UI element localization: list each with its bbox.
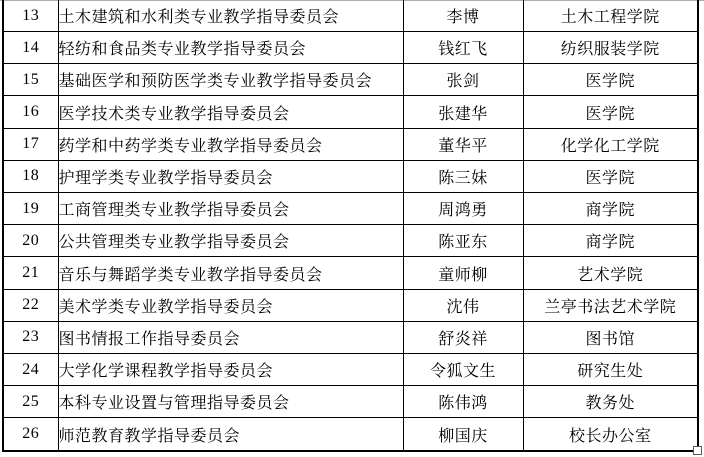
cell-row-number: 15 [3, 64, 58, 96]
cell-committee-name: 师范教育教学指导委员会 [58, 418, 403, 451]
cell-chair-name: 陈亚东 [403, 225, 523, 257]
cell-chair-name: 周鸿勇 [403, 193, 523, 225]
table-row: 23图书情报工作指导委员会舒炎祥图书馆 [3, 321, 698, 353]
cell-chair-name: 沈伟 [403, 289, 523, 321]
cell-chair-name: 张建华 [403, 96, 523, 128]
cell-chair-name: 李博 [403, 0, 523, 32]
cell-department: 校长办公室 [523, 418, 698, 451]
table-row: 20公共管理类专业教学指导委员会陈亚东商学院 [3, 225, 698, 257]
cell-chair-name: 钱红飞 [403, 32, 523, 64]
cell-row-number: 18 [3, 160, 58, 192]
cell-department: 纺织服装学院 [523, 32, 698, 64]
table-row: 14轻纺和食品类专业教学指导委员会钱红飞纺织服装学院 [3, 32, 698, 64]
cell-row-number: 23 [3, 321, 58, 353]
cell-committee-name: 医学技术类专业教学指导委员会 [58, 96, 403, 128]
cell-committee-name: 药学和中药学类专业教学指导委员会 [58, 128, 403, 160]
table-row: 25本科专业设置与管理指导委员会陈伟鸿教务处 [3, 386, 698, 418]
cell-department: 商学院 [523, 193, 698, 225]
table-row: 13土木建筑和水利类专业教学指导委员会李博土木工程学院 [3, 0, 698, 32]
cell-committee-name: 图书情报工作指导委员会 [58, 321, 403, 353]
cell-committee-name: 工商管理类专业教学指导委员会 [58, 193, 403, 225]
cell-row-number: 19 [3, 193, 58, 225]
cell-department: 图书馆 [523, 321, 698, 353]
cell-department: 医学院 [523, 96, 698, 128]
table-row: 19工商管理类专业教学指导委员会周鸿勇商学院 [3, 193, 698, 225]
document-page: 13土木建筑和水利类专业教学指导委员会李博土木工程学院14轻纺和食品类专业教学指… [0, 0, 704, 457]
table-row: 21音乐与舞蹈学类专业教学指导委员会童师柳艺术学院 [3, 257, 698, 289]
cell-committee-name: 轻纺和食品类专业教学指导委员会 [58, 32, 403, 64]
cell-department: 教务处 [523, 386, 698, 418]
table-row: 16医学技术类专业教学指导委员会张建华医学院 [3, 96, 698, 128]
cell-department: 化学化工学院 [523, 128, 698, 160]
cell-committee-name: 护理学类专业教学指导委员会 [58, 160, 403, 192]
cell-row-number: 14 [3, 32, 58, 64]
cell-row-number: 25 [3, 386, 58, 418]
cell-department: 兰亭书法艺术学院 [523, 289, 698, 321]
table-row: 15基础医学和预防医学类专业教学指导委员会张剑医学院 [3, 64, 698, 96]
cell-department: 商学院 [523, 225, 698, 257]
cell-row-number: 20 [3, 225, 58, 257]
cell-row-number: 16 [3, 96, 58, 128]
cell-row-number: 17 [3, 128, 58, 160]
cell-row-number: 24 [3, 354, 58, 386]
committee-table: 13土木建筑和水利类专业教学指导委员会李博土木工程学院14轻纺和食品类专业教学指… [2, 0, 699, 452]
cell-committee-name: 大学化学课程教学指导委员会 [58, 354, 403, 386]
cell-chair-name: 陈三妹 [403, 160, 523, 192]
cell-chair-name: 舒炎祥 [403, 321, 523, 353]
committee-table-body: 13土木建筑和水利类专业教学指导委员会李博土木工程学院14轻纺和食品类专业教学指… [3, 0, 698, 451]
cell-department: 土木工程学院 [523, 0, 698, 32]
table-row: 22美术学类专业教学指导委员会沈伟兰亭书法艺术学院 [3, 289, 698, 321]
cell-row-number: 22 [3, 289, 58, 321]
cell-department: 艺术学院 [523, 257, 698, 289]
cell-committee-name: 本科专业设置与管理指导委员会 [58, 386, 403, 418]
cell-chair-name: 令狐文生 [403, 354, 523, 386]
cell-department: 医学院 [523, 64, 698, 96]
cell-department: 医学院 [523, 160, 698, 192]
cell-row-number: 13 [3, 0, 58, 32]
cell-department: 研究生处 [523, 354, 698, 386]
cell-chair-name: 董华平 [403, 128, 523, 160]
cell-chair-name: 童师柳 [403, 257, 523, 289]
cell-row-number: 21 [3, 257, 58, 289]
table-resize-handle-icon[interactable] [693, 446, 702, 455]
cell-committee-name: 基础医学和预防医学类专业教学指导委员会 [58, 64, 403, 96]
cell-committee-name: 公共管理类专业教学指导委员会 [58, 225, 403, 257]
cell-committee-name: 美术学类专业教学指导委员会 [58, 289, 403, 321]
cell-chair-name: 柳国庆 [403, 418, 523, 451]
table-row: 17药学和中药学类专业教学指导委员会董华平化学化工学院 [3, 128, 698, 160]
cell-chair-name: 陈伟鸿 [403, 386, 523, 418]
table-row: 18护理学类专业教学指导委员会陈三妹医学院 [3, 160, 698, 192]
cell-chair-name: 张剑 [403, 64, 523, 96]
cell-row-number: 26 [3, 418, 58, 451]
table-row: 26师范教育教学指导委员会柳国庆校长办公室 [3, 418, 698, 451]
table-row: 24大学化学课程教学指导委员会令狐文生研究生处 [3, 354, 698, 386]
cell-committee-name: 音乐与舞蹈学类专业教学指导委员会 [58, 257, 403, 289]
cell-committee-name: 土木建筑和水利类专业教学指导委员会 [58, 0, 403, 32]
